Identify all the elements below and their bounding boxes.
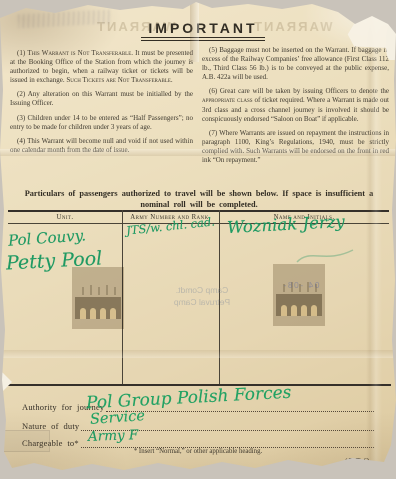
torn-edge-patch [344, 12, 390, 48]
arched-building-stamp-icon [72, 267, 124, 329]
column-header-unit: Unit. [8, 214, 122, 221]
field-label: Nature of duty [22, 421, 81, 431]
page-title: IMPORTANT [141, 20, 265, 41]
table-bottom-rule [8, 384, 391, 386]
particulars-note: Particulars of passengers authorized to … [12, 189, 386, 211]
printed-paragraph: (4) This Warrant will become null and vo… [10, 137, 193, 155]
printed-paragraph: (6) Great care will be taken by issuing … [202, 87, 389, 123]
handwritten-unit-line1: Pol Couvy. [7, 226, 86, 249]
printed-paragraph: (3) Children under 14 to be entered as “… [10, 114, 193, 132]
scanned-travel-warrant-document: WARRANT WARRANT IMPORTANT (1) This Warra… [0, 0, 396, 479]
table-column-divider [219, 210, 220, 386]
chargeable-to-row: Chargeable to* [22, 436, 374, 448]
horizontal-crease [0, 350, 396, 358]
printed-paragraph: (5) Baggage must not be inserted on the … [202, 46, 389, 82]
insert-heading-footnote: * Insert “Normal,” or other applicable h… [0, 448, 396, 455]
arched-building-stamp-icon [271, 264, 327, 326]
pencil-smudge [18, 10, 111, 29]
important-right-column: (5) Baggage must not be inserted on the … [202, 46, 389, 170]
show-through-ink-squiggle [295, 246, 357, 266]
show-through-text: Camp Comdt. [146, 284, 258, 296]
important-left-column: (1) This Warrant is Not Transferable. It… [10, 49, 193, 160]
torn-edge-patch [0, 370, 12, 394]
nature-of-duty-row: Nature of duty [22, 419, 374, 431]
printed-paragraph: (1) This Warrant is Not Transferable. It… [10, 49, 193, 85]
torn-edge-patch [386, 26, 396, 60]
pto-note: (P.T.O [345, 456, 370, 465]
printed-paragraph: (2) Any alteration on this Warrant must … [10, 90, 193, 108]
printed-paragraph: (7) Where Warrants are issued on repayme… [202, 129, 389, 165]
show-through-text: Petruval Camp [146, 296, 258, 308]
show-through-camp-stamp: Camp Comdt. Petruval Camp [146, 284, 258, 309]
field-label: Chargeable to* [22, 438, 81, 448]
handwritten-chargeable-to: Army F [88, 427, 139, 445]
paper-sheet: WARRANT WARRANT IMPORTANT (1) This Warra… [0, 0, 396, 479]
